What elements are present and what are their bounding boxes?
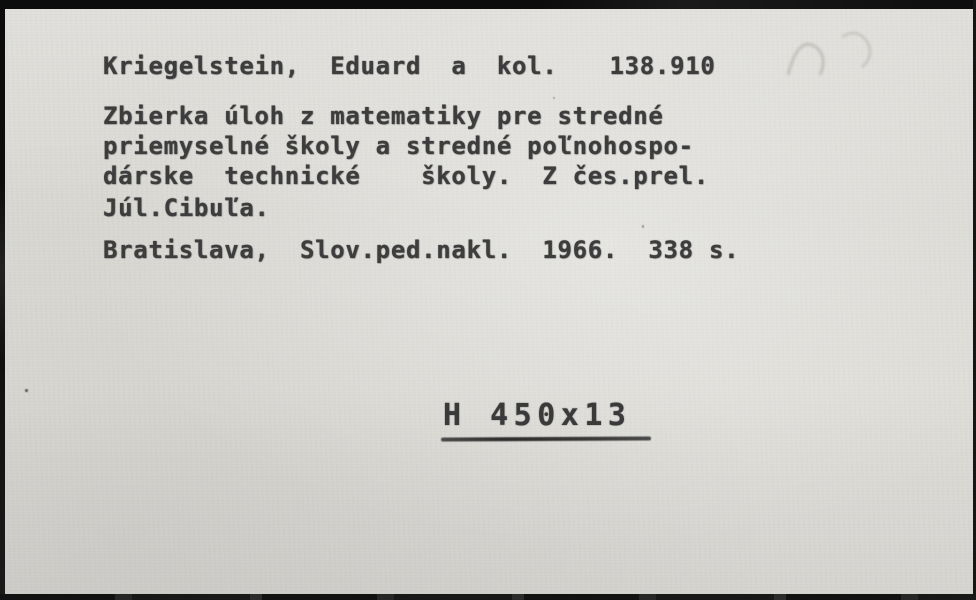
shelf-mark-underline [441, 436, 651, 441]
scan-edge-top [0, 0, 976, 9]
title-line-3: dárske technické školy. Z čes.prel. [103, 163, 709, 189]
author-heading: Kriegelstein, Eduard a kol. [103, 52, 557, 80]
translator-line: Júl.Cibuľa. [103, 195, 270, 221]
shelf-mark: H 450x13 [443, 398, 632, 433]
catalog-number: 138.910 [609, 52, 715, 80]
scan-edge-bottom [0, 594, 976, 600]
faint-pencil-mark [770, 17, 900, 97]
paper-speck [553, 97, 555, 99]
catalog-card-paper: Kriegelstein, Eduard a kol.138.910 Zbier… [5, 9, 973, 594]
paper-speck [642, 225, 644, 228]
imprint-line: Bratislava, Slov.ped.nakl. 1966. 338 s. [103, 237, 739, 263]
author-line: Kriegelstein, Eduard a kol.138.910 [103, 53, 716, 79]
paper-speck [25, 389, 28, 392]
scanned-catalog-card-image: Kriegelstein, Eduard a kol.138.910 Zbier… [0, 0, 976, 600]
title-line-1: Zbierka úloh z matematiky pre stredné [103, 103, 664, 129]
title-line-2: priemyselné školy a stredné poľnohospo- [103, 133, 694, 159]
scan-edge-left [0, 0, 5, 600]
